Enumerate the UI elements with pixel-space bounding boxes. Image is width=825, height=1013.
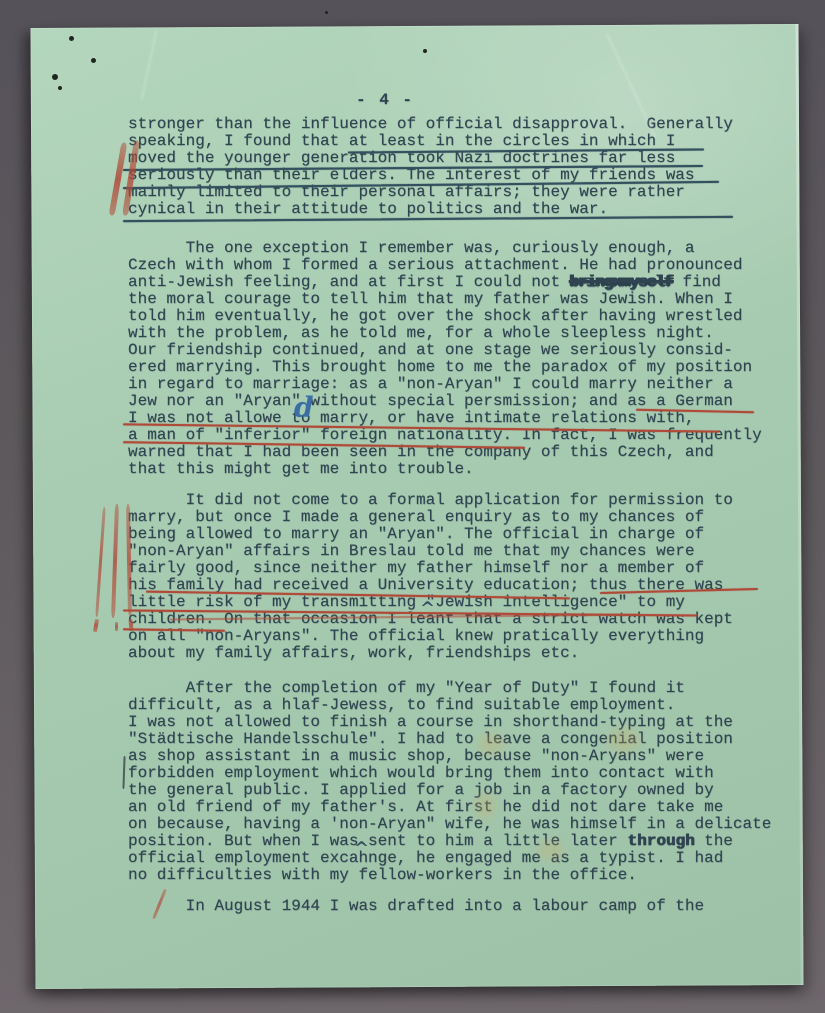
typewritten-line-p4-l9: on because, having a 'non-Aryan" wife, h… xyxy=(128,816,771,833)
typewritten-line-p2-l9: in regard to marriage: as a "non-Aryan" … xyxy=(128,376,733,393)
typewritten-line-p2-l8: ered marrying. This brought home to me t… xyxy=(128,359,752,376)
crossed-out-word: bringxmyself xyxy=(570,273,673,291)
typewritten-line-p2-l13: warned that I had been seen in the compa… xyxy=(128,444,714,461)
page-number: - 4 - xyxy=(356,92,414,109)
typewritten-line-p2-l14: that this might get me into trouble. xyxy=(128,461,474,478)
paper-speck xyxy=(325,11,328,14)
typewritten-line-p3-l6: his family had received a University edu… xyxy=(128,577,723,594)
typewritten-line-p2-l10: Jew nor an "Aryan" without special persm… xyxy=(128,393,733,410)
typewritten-line-p4-l7: the general public. I applied for a job … xyxy=(128,782,714,799)
typewritten-line-p3-l3: being allowed to marry an "Aryan". The o… xyxy=(128,526,704,543)
typewritten-line-p4-l2: difficult, as a hlaf-Jewess, to find sui… xyxy=(128,697,675,714)
typewritten-line-p3-l7: little risk of my transmitting "Jewish i… xyxy=(128,594,685,611)
typewritten-line-p4-l3: I was not allowed to finish a course in … xyxy=(128,714,733,731)
typewritten-line-p1-l3: moved the younger generation took Nazi d… xyxy=(128,150,675,167)
typewritten-line-p1-l4: seriously than their elders. The interes… xyxy=(128,167,695,184)
typewritten-line-p2-l5: told him eventually, he got over the sho… xyxy=(128,308,743,325)
typewritten-line-p1-l2: speaking, I found that at least in the c… xyxy=(128,133,675,150)
typewritten-line-p3-l2: marry, but once I made a general enquiry… xyxy=(128,509,704,526)
typewritten-line-p2-l2: Czech with whom I formed a serious attac… xyxy=(128,257,743,274)
typewritten-line-p4-l6: forbidden employment which would bring t… xyxy=(128,765,714,782)
typewritten-line-p2-l12: a man of "inferior" foreign nationality.… xyxy=(128,427,762,444)
overtyped-word: through xyxy=(627,832,694,850)
typewritten-line-p4-l4: "Städtische Handelsschule". I had to lea… xyxy=(128,731,733,748)
typewritten-line-p4-l10: position. But when I was sent to him a l… xyxy=(128,833,733,850)
typewritten-line-p2-l3: anti-Jewish feeling, and at first I coul… xyxy=(128,274,721,291)
typewritten-line-p2-l11: I was not allowe to marry, or have intim… xyxy=(128,410,695,427)
typewritten-line-p3-l1: It did not come to a formal application … xyxy=(128,492,733,509)
typewritten-line-p3-l5: fairly good, since neither my father him… xyxy=(128,560,704,577)
typewritten-line-p4-l5: as shop assistant in a music shop, becau… xyxy=(128,748,704,765)
typewritten-line-p2-l6: with the problem, as he told me, for a w… xyxy=(128,325,714,342)
typewritten-line-p3-l10: about my family affairs, work, friendshi… xyxy=(128,645,579,662)
typewritten-line-p2-l4: the moral courage to tell him that my fa… xyxy=(128,291,733,308)
document-photo: - 4 - stronger than the influence of off… xyxy=(0,0,825,1013)
typewritten-line-p3-l9: on all "non-Aryans". The official knew p… xyxy=(128,628,704,645)
typewritten-line-p3-l4: "non-Aryan" affairs in Breslau told me t… xyxy=(128,543,695,560)
typewritten-line-p5-l1: In August 1944 I was drafted into a labo… xyxy=(128,898,704,915)
typewritten-line-p4-l11: official employment excahnge, he engaged… xyxy=(128,850,723,867)
typewritten-line-p2-l7: Our friendship continued, and at one sta… xyxy=(128,342,733,359)
typewritten-line-p1-l1: stronger than the influence of official … xyxy=(128,116,733,133)
typewritten-line-p2-l1: The one exception I remember was, curiou… xyxy=(128,240,695,257)
typewritten-line-p3-l8: children. On that occasion I leant that … xyxy=(128,611,733,628)
typewritten-line-p1-l5: mainly limited to their personal affairs… xyxy=(128,184,685,201)
typewritten-line-p1-l6: cynical in their attitude to politics an… xyxy=(128,201,608,218)
typewritten-line-p4-l1: After the completion of my "Year of Duty… xyxy=(128,680,685,697)
typewritten-line-p4-l12: no difficulties with my fellow-workers i… xyxy=(128,867,637,884)
typewritten-line-p4-l8: an old friend of my father's. At first h… xyxy=(128,799,723,816)
